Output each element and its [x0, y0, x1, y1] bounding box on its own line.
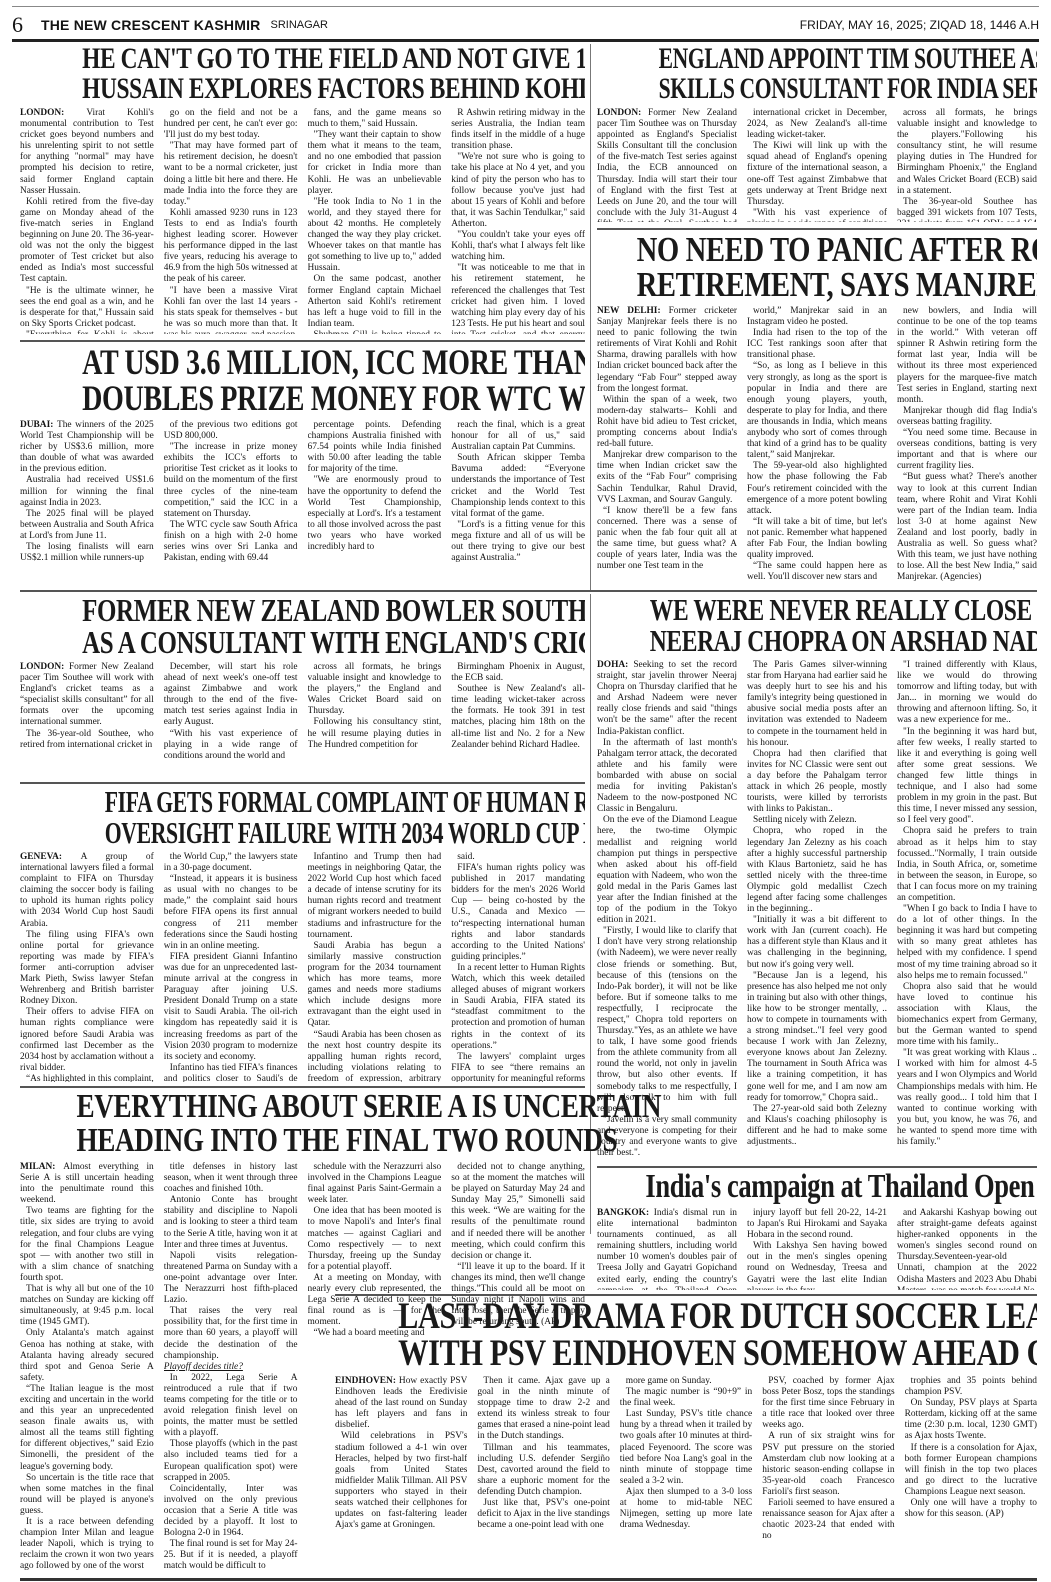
paragraph: If there is a consolation for Ajax, both…	[905, 1443, 1037, 1498]
article-column: DOHA: Seeking to set the record straight…	[597, 660, 737, 1162]
paragraph-text: "We're not sure who is going to take his…	[451, 152, 585, 229]
paragraph: “But guess what? There's another way to …	[897, 472, 1037, 583]
dateline: EINDHOVEN:	[335, 1376, 399, 1386]
paragraph: "Firstly, I would like to clarify that I…	[597, 926, 737, 1115]
paragraph-text: December, will start his role ahead of n…	[164, 662, 298, 727]
headline-line: HE CAN'T GO TO THE FIELD AND NOT GIVE 10…	[82, 44, 523, 74]
dateline: NEW DELHI:	[597, 306, 669, 316]
paragraph: percentage points. Defending champions A…	[308, 420, 442, 475]
paragraph-text: "I have been a massive Virat Kohli fan o…	[164, 286, 298, 335]
paragraph-text: One idea that has been mooted is to move…	[308, 1206, 442, 1271]
paragraph: Napoli visits relegation-threatened Parm…	[164, 1251, 298, 1306]
paragraph-text: That raises the very real possibility th…	[164, 1306, 298, 1360]
article-body: BANGKOK: India's dismal run in elite int…	[597, 1208, 1037, 1290]
paragraph-text: Kohli retired from the five-day game on …	[20, 197, 154, 285]
paragraph-text: India had risen to the top of the ICC Te…	[747, 328, 887, 360]
paragraph-text: "I trained differently with Klaus, like …	[897, 660, 1037, 725]
article-column: and Aakarshi Kashyap bowing out after st…	[897, 1208, 1037, 1290]
paragraph-text: “With his vast experience of playing in …	[164, 729, 298, 761]
paragraph: trophies and 35 points behind champion P…	[905, 1376, 1037, 1398]
article-column: GENEVA: A group of international lawyers…	[20, 852, 154, 1082]
section-rule	[20, 1086, 585, 1088]
paragraph-text: "They want their captain to show them wh…	[308, 130, 442, 195]
paragraph: Antonio Conte has brought stability and …	[164, 1195, 298, 1250]
paragraph: One idea that has been mooted is to move…	[308, 1206, 442, 1273]
paragraph-text: Farioli seemed to have ensured a renaiss…	[762, 1498, 894, 1541]
article-column: DUBAI: The winners of the 2025 World Tes…	[20, 420, 154, 584]
paragraph-text: Antonio Conte has brought stability and …	[164, 1195, 298, 1249]
bottom-rule	[20, 1578, 1037, 1581]
paragraph: “So, as long as I believe in this very s…	[747, 361, 887, 461]
paragraph: On the eve of the Diamond League here, t…	[597, 815, 737, 926]
paragraph: "When I go back to India I have to do a …	[897, 904, 1037, 982]
paragraph: A run of six straight wins for PSV put p…	[762, 1431, 894, 1498]
paragraph-text: It is a race between defending champion …	[20, 1517, 154, 1571]
paragraph: DOHA: Seeking to set the record straight…	[597, 660, 737, 738]
paragraph-text: PSV, coached by former Ajax boss Peter B…	[762, 1376, 894, 1430]
article-fifa-complaint: FIFA GETS FORMAL COMPLAINT OF HUMAN RIGH…	[20, 786, 585, 1084]
paragraph-text: That is why all but one of the 10 matche…	[20, 1284, 154, 1327]
paragraph: Last Sunday, PSV's title chance hung by …	[620, 1409, 752, 1487]
paragraph: South African skipper Temba Bavuma added…	[451, 453, 585, 520]
paragraph-text: “The same could happen here as well. You…	[747, 561, 887, 582]
paragraph-text: Their offers to advise FIFA on human rig…	[20, 1007, 154, 1072]
paragraph-text: FIFA's human rights policy was published…	[451, 863, 585, 962]
paragraph: GENEVA: A group of international lawyers…	[20, 852, 154, 930]
paragraph: Manjrekar drew comparison to the time wh…	[597, 450, 737, 505]
article-manjrekar: NO NEED TO PANIC AFTER RO-KORETIREMENT, …	[597, 232, 1037, 586]
paragraph-text: of the previous two editions got USD 800…	[164, 420, 298, 441]
paragraph-text: Only one will have a trophy to show for …	[905, 1498, 1037, 1519]
paragraph: "He is the ultimate winner, he sees the …	[20, 286, 154, 330]
paragraph-text: “So, as long as I believe in this very s…	[747, 361, 887, 460]
paragraph: Two teams are fighting for the title, si…	[20, 1206, 154, 1284]
paragraph: Just like that, PSV's one-point deficit …	[477, 1498, 609, 1531]
article-column: R Ashwin retiring midway in the series A…	[451, 108, 585, 334]
paragraph-text: On the same podcast, another former Engl…	[308, 274, 442, 328]
paragraph-text: Tillman and his teammates, including U.S…	[477, 1443, 609, 1497]
paragraph: The 36-year-old Southee, who retired fro…	[20, 729, 154, 751]
paragraph: Within the span of a week, two modern-da…	[597, 395, 737, 450]
paragraph: "That may have formed part of his retire…	[164, 141, 298, 208]
article-column: EINDHOVEN: How exactly PSV Eindhoven lea…	[335, 1376, 467, 1580]
paragraph-text: In a recent letter to Human Rights Watch…	[451, 963, 585, 1051]
article-thailand-open: India's campaign at Thailand Open endsBA…	[597, 1170, 1037, 1292]
paragraph-text: The 36-year-old Southee has bagged 391 w…	[897, 197, 1037, 222]
paragraph: across all formats, he brings valuable i…	[897, 108, 1037, 197]
headline: India's campaign at Thailand Open ends	[597, 1170, 1037, 1204]
paragraph: "Because Jan is a legend, his presence h…	[747, 971, 887, 1104]
paragraph: DUBAI: The winners of the 2025 World Tes…	[20, 420, 154, 475]
paragraph-text: “Saudi Arabia has been chosen as the nex…	[308, 1030, 442, 1083]
headline: FIFA GETS FORMAL COMPLAINT OF HUMAN RIGH…	[20, 786, 585, 848]
paragraph: reach the final, which is a great honour…	[451, 420, 585, 453]
article-column: the World Cup,” the lawyers state in a 3…	[164, 852, 298, 1082]
paragraph: The final round is set for May 24-25. Bu…	[164, 1539, 298, 1572]
headline: EVERYTHING ABOUT SERIE A IS UNCERTAINHEA…	[20, 1090, 585, 1158]
paragraph-text: The lawyers' complaint urges FIFA to see…	[451, 1052, 585, 1082]
paragraph: The 59-year-old also highlighted how the…	[747, 461, 887, 516]
paragraph: across all formats, he brings valuable i…	[308, 662, 442, 717]
paragraph-text: decided not to change anything, so at th…	[451, 1162, 585, 1261]
article-column: BANGKOK: India's dismal run in elite int…	[597, 1208, 737, 1290]
paragraph: Settling nicely with Zelezn.	[747, 815, 887, 826]
paragraph: Following his consultancy stint, he will…	[308, 717, 442, 750]
paragraph-text: Manjrekar drew comparison to the time wh…	[597, 450, 737, 504]
paragraph-text: "We are enormously proud to have the opp…	[308, 475, 442, 552]
paragraph: BANGKOK: India's dismal run in elite int…	[597, 1208, 737, 1290]
paragraph: So uncertain is the title race that when…	[20, 1473, 154, 1517]
article-column: LONDON: Virat Kohli's monumental contrib…	[20, 108, 154, 334]
paragraph-text: Following his consultancy stint, he will…	[308, 717, 442, 749]
paragraph-text: The Paris Games silver-winning star from…	[747, 660, 887, 748]
paragraph: Manjrekar though did flag India's overse…	[897, 406, 1037, 428]
article-column: LONDON: Former New Zealand pacer Tim Sou…	[20, 662, 154, 778]
paragraph: Wild celebrations in PSV's stadium follo…	[335, 1431, 467, 1531]
paragraph: The 2025 final will be played between Au…	[20, 509, 154, 542]
paragraph-text: Southee is New Zealand's all-time leadin…	[451, 684, 585, 749]
paragraph-text: Virat Kohli's monumental contribution to…	[20, 108, 154, 196]
headline-line: WE WERE NEVER REALLY CLOSE FRIENDS:	[650, 594, 984, 625]
headline: ENGLAND APPOINT TIM SOUTHEE AS SPECIALIS…	[597, 44, 1037, 104]
article-column: go on the field and not be a hundred per…	[164, 108, 298, 334]
paragraph-text: Wild celebrations in PSV's stadium follo…	[335, 1431, 467, 1530]
headline-line: LAST-DAY DRAMA FOR DUTCH SOCCER LEAGUE	[398, 1298, 974, 1335]
headline-line: FORMER NEW ZEALAND BOWLER SOUTHEE TO WOR…	[82, 594, 523, 626]
paragraph-text: The filing using FIFA's own online porta…	[20, 930, 154, 1007]
article-column: Then it came. Ajax gave up a goal in the…	[477, 1376, 609, 1580]
paragraph-text: new bowlers, and India will continue to …	[897, 306, 1037, 405]
article-column: PSV, coached by former Ajax boss Peter B…	[762, 1376, 894, 1580]
section-rule	[335, 1294, 1037, 1296]
section-rule	[20, 590, 1037, 592]
paragraph: “The Italian league is the most exciting…	[20, 1384, 154, 1473]
article-column: across all formats, he brings valuable i…	[308, 662, 442, 778]
paragraph-text: The 2025 final will be played between Au…	[20, 509, 154, 541]
dateline: GENEVA:	[20, 852, 81, 862]
paragraph-text: "It was noticeable to me that in his ret…	[451, 263, 585, 334]
paragraph-text: R Ashwin retiring midway in the series A…	[451, 108, 585, 151]
headline-line: DOUBLES PRIZE MONEY FOR WTC WINNERS	[82, 380, 523, 416]
paragraph: "We are enormously proud to have the opp…	[308, 475, 442, 553]
article-column: NEW DELHI: Former cricketer Sanjay Manjr…	[597, 306, 737, 584]
paragraph-text: Chopra had then clarified that invites f…	[747, 749, 887, 814]
section-rule	[20, 340, 585, 342]
paragraph-text: Former cricketer Sanjay Manjrekar feels …	[597, 306, 737, 394]
paragraph: In 2022, Lega Serie A reintroduced a rul…	[164, 1373, 298, 1440]
paragraph-text: Shubman Gill is being tipped to take ove…	[308, 330, 442, 334]
paragraph: “You need some time. Because in overseas…	[897, 428, 1037, 472]
paragraph: That raises the very real possibility th…	[164, 1306, 298, 1361]
subhead: Playoff decides title?	[164, 1362, 243, 1372]
paragraph-text: The 36-year-old Southee, who retired fro…	[20, 729, 154, 750]
paragraph: Only one will have a trophy to show for …	[905, 1498, 1037, 1520]
paragraph: "They want their captain to show them wh…	[308, 130, 442, 197]
article-column: MILAN: Almost everything in Serie A is s…	[20, 1162, 154, 1580]
article-column: LONDON: Former New Zealand pacer Tim Sou…	[597, 108, 737, 222]
paragraph: “With his vast experience of playing in …	[164, 729, 298, 762]
paragraph-text: Then it came. Ajax gave up a goal in the…	[477, 1376, 609, 1441]
paragraph-text: Coincidentally, Inter was involved on th…	[164, 1484, 298, 1538]
headline-line: HUSSAIN EXPLORES FACTORS BEHIND KOHLI RE…	[82, 74, 523, 104]
paragraph: of the previous two editions got USD 800…	[164, 420, 298, 442]
paragraph-text: With Lakshya Sen having bowed out in the…	[747, 1241, 887, 1290]
article-column: trophies and 35 points behind champion P…	[905, 1376, 1037, 1580]
paragraph-text: “But guess what? There's another way to …	[897, 472, 1037, 582]
paragraph: Then it came. Ajax gave up a goal in the…	[477, 1376, 609, 1443]
paragraph-text: "Initially it was a bit different to wor…	[747, 915, 887, 969]
paragraph-text: Kohli amassed 9230 runs in 123 Tests to …	[164, 208, 298, 285]
paragraph-text: Chopra, who roped in the legendary Jan Z…	[747, 826, 887, 914]
article-column: across all formats, he brings valuable i…	[897, 108, 1037, 222]
paragraph: Infantino has tied FIFA's finances and p…	[164, 1063, 298, 1082]
paragraph-text: Only Atalanta's match against Genoa has …	[20, 1328, 154, 1382]
paragraph-text: The Kiwi will link up with the squad ahe…	[747, 141, 887, 206]
paragraph: “As highlighted in this complaint, wides…	[20, 1074, 154, 1082]
paragraph-text: On the eve of the Diamond League here, t…	[597, 815, 737, 925]
headline: FORMER NEW ZEALAND BOWLER SOUTHEE TO WOR…	[20, 594, 585, 658]
paragraph-text: A run of six straight wins for PSV put p…	[762, 1431, 894, 1496]
paragraph-text: Infantino has tied FIFA's finances and p…	[164, 1063, 298, 1082]
headline-line: NEERAJ CHOPRA ON ARSHAD NADEEM	[650, 625, 984, 656]
paragraph: Kohli amassed 9230 runs in 123 Tests to …	[164, 208, 298, 286]
headline-line: RETIREMENT, SAYS MANJREKAR	[637, 267, 998, 302]
paragraph: and Aakarshi Kashyap bowing out after st…	[897, 1208, 1037, 1290]
paragraph: Australia had received US$1.6 million fo…	[20, 475, 154, 508]
paragraph-text: Within the span of a week, two modern-da…	[597, 395, 737, 449]
paragraph-text: Former New Zealand pacer Tim Southee was…	[597, 108, 737, 222]
paragraph-text: Last Sunday, PSV's title chance hung by …	[620, 1409, 752, 1486]
paragraph-text: Australia had received US$1.6 million fo…	[20, 475, 154, 507]
paragraph: “It will take a bit of time, but let's n…	[747, 517, 887, 561]
paragraph: "He took India to No 1 in the world, and…	[308, 197, 442, 275]
headline-line: India's campaign at Thailand Open ends	[645, 1170, 988, 1204]
paragraph-text: The final round is set for May 24-25. Bu…	[164, 1539, 298, 1571]
headline-line: NO NEED TO PANIC AFTER RO-KO	[637, 232, 998, 267]
paragraph-text: trophies and 35 points behind champion P…	[905, 1376, 1037, 1397]
paragraph-text: "You couldn't take your eyes off Kohli, …	[451, 230, 585, 262]
paragraph: decided not to change anything, so at th…	[451, 1162, 585, 1262]
paragraph: “The same could happen here as well. You…	[747, 561, 887, 583]
paragraph: fans, and the game means so much to them…	[308, 108, 442, 130]
paragraph: On the same podcast, another former Engl…	[308, 274, 442, 329]
paragraph: FIFA president Gianni Infantino was due …	[164, 952, 298, 1063]
paragraph-text: "When I go back to India I have to do a …	[897, 904, 1037, 981]
article-body: GENEVA: A group of international lawyers…	[20, 852, 585, 1082]
paragraph-text: Ajax then slumped to a 3-0 loss at home …	[620, 1487, 752, 1530]
paragraph: “Saudi Arabia has been chosen as the nex…	[308, 1030, 442, 1083]
paragraph: LONDON: Virat Kohli's monumental contrib…	[20, 108, 154, 197]
paragraph: That is why all but one of the 10 matche…	[20, 1284, 154, 1328]
paragraph-text: So uncertain is the title race that when…	[20, 1473, 154, 1516]
paragraph: go on the field and not be a hundred per…	[164, 108, 298, 141]
masthead: 6 THE NEW CRESCENT KASHMIR SRINAGAR FRID…	[12, 14, 1039, 36]
article-kohli: HE CAN'T GO TO THE FIELD AND NOT GIVE 10…	[20, 44, 585, 336]
article-body: LONDON: Former New Zealand pacer Tim Sou…	[20, 662, 585, 778]
paragraph: "Everything for Kohli is about winning. …	[20, 330, 154, 334]
paragraph-text: fans, and the game means so much to them…	[308, 108, 442, 129]
paragraph: new bowlers, and India will continue to …	[897, 306, 1037, 406]
article-column: fans, and the game means so much to them…	[308, 108, 442, 334]
paragraph: the World Cup,” the lawyers state in a 3…	[164, 852, 298, 874]
paragraph: international cricket in December, 2024,…	[747, 108, 887, 141]
article-column: Infantino and Trump then had meetings in…	[308, 852, 442, 1082]
paragraph: FIFA's human rights policy was published…	[451, 863, 585, 963]
paragraph-text: FIFA president Gianni Infantino was due …	[164, 952, 298, 1062]
paragraph-text: “You need some time. Because in overseas…	[897, 428, 1037, 471]
article-column: Birmingham Phoenix in August, the ECB sa…	[451, 662, 585, 778]
dateline: BANGKOK:	[597, 1208, 654, 1218]
paragraph: With Lakshya Sen having bowed out in the…	[747, 1241, 887, 1290]
article-column: international cricket in December, 2024,…	[747, 108, 887, 222]
paragraph-text: Those playoffs (which in the past also i…	[164, 1439, 298, 1482]
paragraph-text: "He took India to No 1 in the world, and…	[308, 197, 442, 274]
article-neeraj-chopra: WE WERE NEVER REALLY CLOSE FRIENDS:NEERA…	[597, 594, 1037, 1164]
paragraph: world,” Manjrekar said in an Instagram v…	[747, 306, 887, 328]
paragraph-text: the World Cup,” the lawyers state in a 3…	[164, 852, 298, 873]
paragraph: LONDON: Former New Zealand pacer Tim Sou…	[20, 662, 154, 729]
paragraph: "The increase in prize money exhibits th…	[164, 442, 298, 520]
article-column: The Paris Games silver-winning star from…	[747, 660, 887, 1162]
paragraph-text: “Instead, it appears it is business as u…	[164, 874, 298, 951]
paragraph: Birmingham Phoenix in August, the ECB sa…	[451, 662, 585, 684]
paragraph: LONDON: Former New Zealand pacer Tim Sou…	[597, 108, 737, 222]
top-rule	[12, 6, 1039, 7]
paragraph-text: Infantino and Trump then had meetings in…	[308, 852, 442, 940]
paragraph-text: "In the beginning it was hard but, after…	[897, 727, 1037, 826]
paragraph-text: "That may have formed part of his retire…	[164, 141, 298, 206]
article-column: "I trained differently with Klaus, like …	[897, 660, 1037, 1162]
paragraph-text: “The Italian league is the most exciting…	[20, 1384, 154, 1472]
paragraph-text: Saudi Arabia has begun a similarly massi…	[308, 941, 442, 1029]
paragraph-text: In the aftermath of last month's Pahalga…	[597, 738, 737, 815]
paragraph-text: The losing finalists will earn US$2.1 mi…	[20, 542, 154, 563]
paragraph-text: Just like that, PSV's one-point deficit …	[477, 1498, 609, 1530]
paragraph-text: Napoli visits relegation-threatened Parm…	[164, 1251, 298, 1305]
paragraph-text: Chopra also said that he would have love…	[897, 982, 1037, 1047]
article-body: NEW DELHI: Former cricketer Sanjay Manjr…	[597, 306, 1037, 584]
article-wtc-prize: AT USD 3.6 MILLION, ICC MORE THANDOUBLES…	[20, 344, 585, 586]
paragraph: title defenses in history last season, w…	[164, 1162, 298, 1195]
paragraph: "Initially it was a bit different to wor…	[747, 915, 887, 970]
paragraph: The Paris Games silver-winning star from…	[747, 660, 887, 749]
article-column: more game on Sunday.The magic number is …	[620, 1376, 752, 1580]
paragraph-text: Two teams are fighting for the title, si…	[20, 1206, 154, 1283]
paragraph: NEW DELHI: Former cricketer Sanjay Manjr…	[597, 306, 737, 395]
article-column: new bowlers, and India will continue to …	[897, 306, 1037, 584]
paragraph-text: percentage points. Defending champions A…	[308, 420, 442, 474]
article-southee-work: FORMER NEW ZEALAND BOWLER SOUTHEE TO WOR…	[20, 594, 585, 780]
article-column: reach the final, which is a great honour…	[451, 420, 585, 584]
edition-city: SRINAGAR	[270, 19, 327, 31]
paragraph: Those playoffs (which in the past also i…	[164, 1439, 298, 1483]
paragraph: Their offers to advise FIFA on human rig…	[20, 1007, 154, 1074]
dateline: MILAN:	[20, 1162, 63, 1172]
paragraph-text: On Sunday, PSV plays at Sparta Rotterdam…	[905, 1398, 1037, 1441]
article-body: EINDHOVEN: How exactly PSV Eindhoven lea…	[335, 1376, 1037, 1580]
paragraph-text: more game on Sunday.	[626, 1376, 712, 1386]
article-column: injury layoff but fell 20-22, 14-21 to J…	[747, 1208, 887, 1290]
paragraph: Ajax then slumped to a 3-0 loss at home …	[620, 1487, 752, 1531]
section-rule	[597, 228, 1037, 230]
paragraph: The losing finalists will earn US$2.1 mi…	[20, 542, 154, 564]
paragraph-text: injury layoff but fell 20-22, 14-21 to J…	[747, 1208, 887, 1240]
paragraph-text: international cricket in December, 2024,…	[747, 108, 887, 140]
paragraph-text: reach the final, which is a great honour…	[451, 420, 585, 452]
paragraph-text: and Aakarshi Kashyap bowing out after st…	[897, 1208, 1037, 1290]
paragraph-text: "The increase in prize money exhibits th…	[164, 442, 298, 519]
headline-line: OVERSIGHT FAILURE WITH 2034 WORLD CUP HO…	[105, 817, 501, 848]
paragraph: injury layoff but fell 20-22, 14-21 to J…	[747, 1208, 887, 1241]
article-body: DOHA: Seeking to set the record straight…	[597, 660, 1037, 1162]
paragraph: R Ashwin retiring midway in the series A…	[451, 108, 585, 152]
paragraph: Farioli seemed to have ensured a renaiss…	[762, 1498, 894, 1542]
article-body: LONDON: Former New Zealand pacer Tim Sou…	[597, 108, 1037, 222]
paragraph-text: world,” Manjrekar said in an Instagram v…	[747, 306, 887, 327]
headline: NO NEED TO PANIC AFTER RO-KORETIREMENT, …	[597, 232, 1037, 302]
paragraph: Chopra also said that he would have love…	[897, 982, 1037, 1049]
dateline: LONDON:	[20, 662, 69, 672]
newspaper-name: THE NEW CRESCENT KASHMIR	[41, 17, 260, 33]
paragraph: “I know there'll be a few fans concerned…	[597, 506, 737, 573]
paragraph-text: Seeking to set the record straight, star…	[597, 660, 737, 737]
paragraph: India had risen to the top of the ICC Te…	[747, 328, 887, 361]
paragraph: "You couldn't take your eyes off Kohli, …	[451, 230, 585, 263]
column-divider	[590, 44, 591, 590]
paragraph-text: In 2022, Lega Serie A reintroduced a rul…	[164, 1373, 298, 1438]
article-column: December, will start his role ahead of n…	[164, 662, 298, 778]
headline-line: AS A CONSULTANT WITH ENGLAND'S CRICKET T…	[82, 626, 523, 658]
issue-date: FRIDAY, MAY 16, 2025; ZIQAD 18, 1446 A.H	[800, 18, 1039, 32]
article-column: of the previous two editions got USD 800…	[164, 420, 298, 584]
paragraph-text: across all formats, he brings valuable i…	[308, 662, 442, 716]
paragraph: Chopra said he prefers to train abroad a…	[897, 826, 1037, 904]
paragraph-text: The WTC cycle saw South Africa finish on…	[164, 520, 298, 563]
paragraph-text: The magic number is “90+9” in the final …	[620, 1387, 752, 1408]
paragraph: "Lord's is a fitting venue for this mega…	[451, 520, 585, 564]
paragraph: "I have been a massive Virat Kohli fan o…	[164, 286, 298, 335]
article-column: said.FIFA's human rights policy was publ…	[451, 852, 585, 1082]
headline: HE CAN'T GO TO THE FIELD AND NOT GIVE 10…	[20, 44, 585, 104]
paragraph-text: South African skipper Temba Bavuma added…	[451, 453, 585, 518]
paragraph-text: “It will take a bit of time, but let's n…	[747, 517, 887, 560]
paragraph-text: “I know there'll be a few fans concerned…	[597, 506, 737, 571]
headline-line: WITH PSV EINDHOVEN SOMEHOW AHEAD OF AJAX	[398, 1335, 974, 1372]
headline: AT USD 3.6 MILLION, ICC MORE THANDOUBLES…	[20, 344, 585, 416]
paragraph: The magic number is “90+9” in the final …	[620, 1387, 752, 1409]
article-body: DUBAI: The winners of the 2025 World Tes…	[20, 420, 585, 584]
dateline: LONDON:	[20, 108, 86, 118]
headline-line: FIFA GETS FORMAL COMPLAINT OF HUMAN RIGH…	[105, 786, 501, 817]
paragraph-text: The 59-year-old also highlighted how the…	[747, 461, 887, 515]
article-dutch-league: LAST-DAY DRAMA FOR DUTCH SOCCER LEAGUEWI…	[335, 1298, 1037, 1582]
paragraph: In the aftermath of last month's Pahalga…	[597, 738, 737, 816]
paragraph: Only Atalanta's match against Genoa has …	[20, 1328, 154, 1383]
paragraph-text: "Firstly, I would like to clarify that I…	[597, 926, 737, 1114]
paragraph-text: A group of international lawyers filed a…	[20, 852, 154, 929]
paragraph: In a recent letter to Human Rights Watch…	[451, 963, 585, 1052]
paragraph-text: “As highlighted in this complaint, wides…	[20, 1074, 154, 1082]
paragraph-text: title defenses in history last season, w…	[164, 1162, 298, 1194]
paragraph: Chopra, who roped in the legendary Jan Z…	[747, 826, 887, 915]
paragraph: The WTC cycle saw South Africa finish on…	[164, 520, 298, 564]
paragraph-text: "With his vast experience of playing in …	[747, 208, 887, 222]
paragraph: "We're not sure who is going to take his…	[451, 152, 585, 230]
article-column: percentage points. Defending champions A…	[308, 420, 442, 584]
page-number: 6	[12, 14, 23, 36]
paragraph-text: Chopra said he prefers to train abroad a…	[897, 826, 1037, 903]
paragraph: The 36-year-old Southee has bagged 391 w…	[897, 197, 1037, 222]
